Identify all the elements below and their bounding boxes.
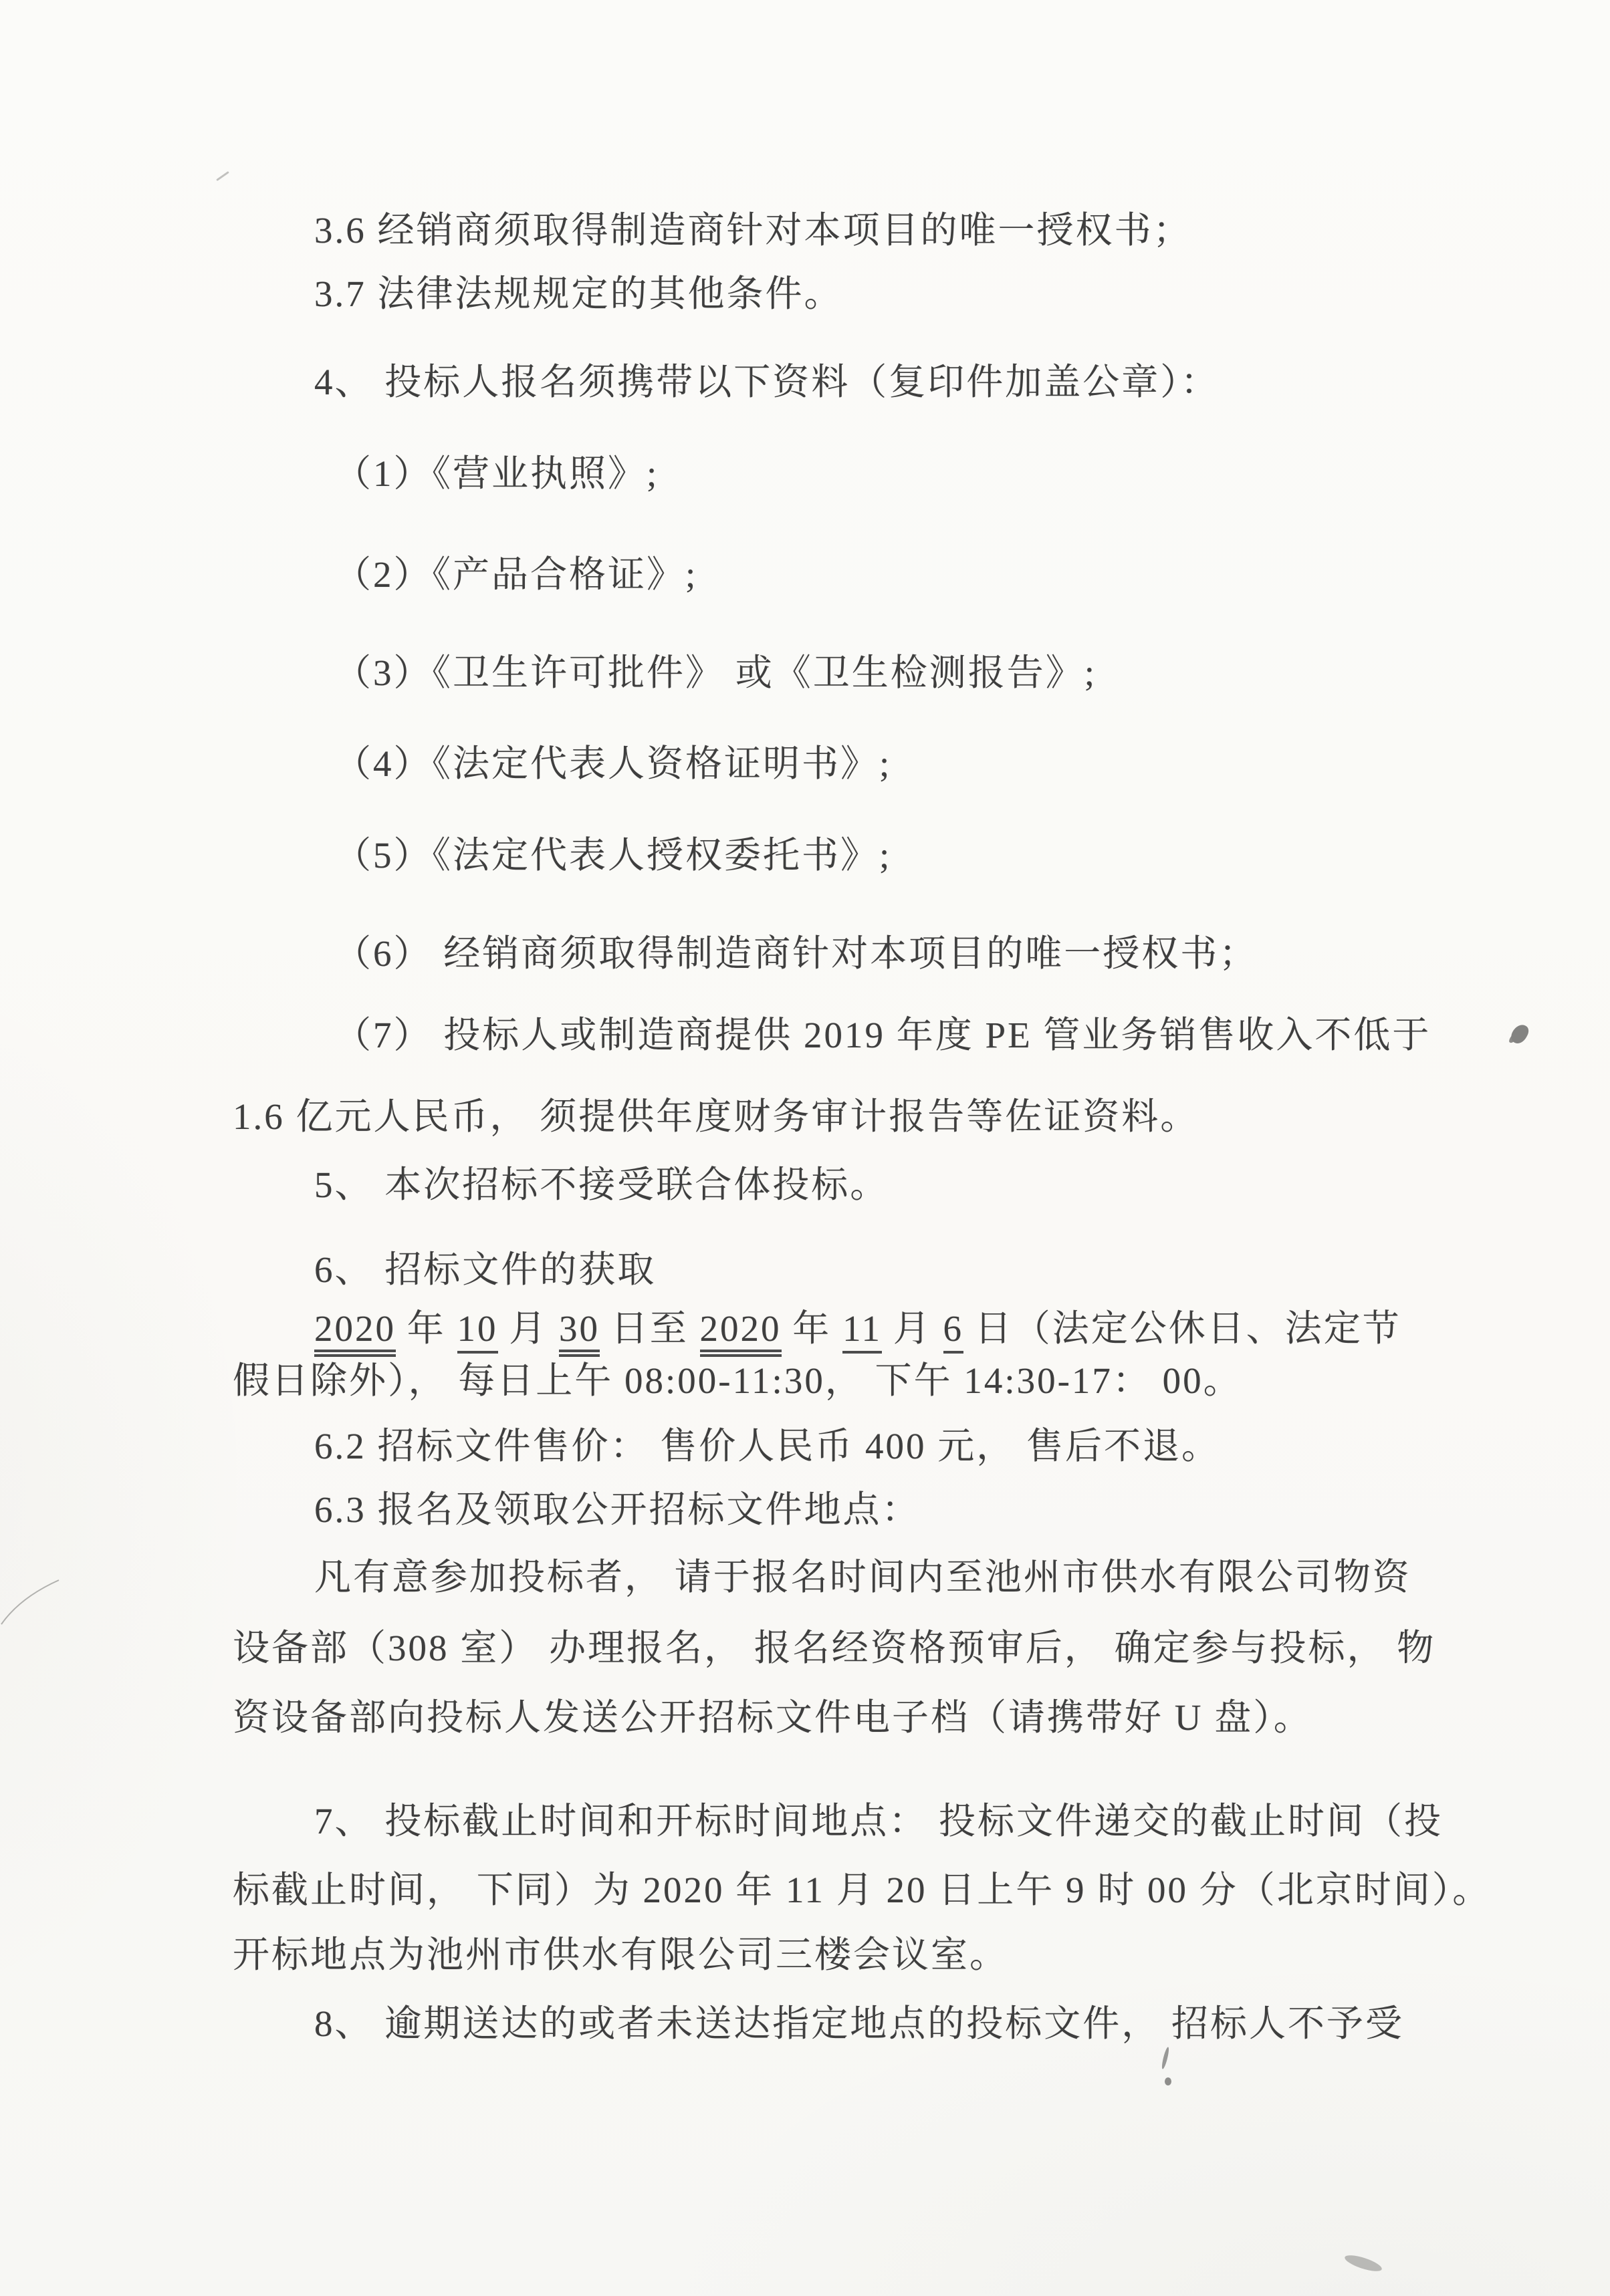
registration-paragraph-line-1: 凡有意参加投标者， 请于报名时间内至池州市供水有限公司物资 xyxy=(314,1552,1411,1603)
scan-ink-dot xyxy=(1165,2077,1171,2085)
clause-6-2: 6.2 招标文件售价： 售价人民币 400 元， 售后不退。 xyxy=(314,1421,1220,1472)
date-text: 月 xyxy=(498,1308,560,1349)
attachment-item-2: （2）《产品合格证》; xyxy=(334,549,697,600)
clause-3-6: 3.6 经销商须取得制造商针对本项目的唯一授权书； xyxy=(314,205,1192,256)
scan-slash-mark xyxy=(216,171,229,181)
attachment-item-1: （1）《营业执照》; xyxy=(334,449,659,499)
date-month-end: 11 xyxy=(842,1308,882,1354)
attachment-item-7-continuation: 1.6 亿元人民币， 须提供年度财务审计报告等佐证资料。 xyxy=(233,1092,1199,1142)
date-day-end: 6 xyxy=(943,1308,964,1354)
scan-ink-speck xyxy=(1508,1022,1531,1047)
attachment-item-3: （3）《卫生许可批件》 或《卫生检测报告》; xyxy=(334,648,1097,698)
registration-paragraph-line-3: 资设备部向投标人发送公开招标文件电子档（请携带好 U 盘）。 xyxy=(233,1692,1312,1743)
attachment-item-6: （6） 经销商须取得制造商针对本项目的唯一授权书； xyxy=(334,928,1258,979)
attachment-item-5: （5）《法定代表人授权委托书》; xyxy=(334,830,891,881)
scan-smudge xyxy=(1343,2252,1383,2274)
date-text: 日（法定公休日、法定节 xyxy=(963,1308,1401,1349)
clause-5: 5、 本次招标不接受联合体投标。 xyxy=(314,1160,889,1210)
clause-7-line-2: 标截止时间， 下同）为 2020 年 11 月 20 日上午 9 时 00 分（… xyxy=(233,1865,1491,1916)
clause-8-line-1: 8、 逾期送达的或者未送达指定地点的投标文件， 招标人不予受 xyxy=(314,1999,1404,2049)
attachment-item-4: （4）《法定代表人资格证明书》; xyxy=(334,739,891,789)
clause-6-1-date-line: 2020 年 10 月 30 日至 2020 年 11 月 6 日（法定公休日、… xyxy=(314,1303,1401,1354)
date-month-start: 10 xyxy=(457,1308,498,1354)
date-text: 年 xyxy=(782,1308,843,1349)
clause-4-heading: 4、 投标人报名须携带以下资料（复印件加盖公章）： xyxy=(314,357,1220,408)
clause-3-7: 3.7 法律法规规定的其他条件。 xyxy=(314,269,843,320)
attachment-item-7: （7） 投标人或制造商提供 2019 年度 PE 管业务销售收入不低于 xyxy=(334,1010,1431,1061)
scan-hairline-artifact xyxy=(0,1572,80,1632)
scan-ink-curl xyxy=(1161,2047,1170,2069)
clause-6-heading: 6、 招标文件的获取 xyxy=(314,1245,656,1295)
date-text: 日至 xyxy=(600,1308,700,1349)
clause-7-line-3: 开标地点为池州市供水有限公司三楼会议室。 xyxy=(233,1930,1008,1981)
clause-6-1-continuation: 假日除外）， 每日上午 08:00-11:30， 下午 14:30-17： 00… xyxy=(233,1356,1242,1406)
date-text: 年 xyxy=(396,1308,457,1349)
document-page: 3.6 经销商须取得制造商针对本项目的唯一授权书； 3.7 法律法规规定的其他条… xyxy=(0,0,1610,2296)
clause-6-3: 6.3 报名及领取公开招标文件地点： xyxy=(314,1485,921,1535)
date-text: 月 xyxy=(882,1308,943,1349)
registration-paragraph-line-2: 设备部（308 室） 办理报名， 报名经资格预审后， 确定参与投标， 物 xyxy=(233,1623,1435,1674)
date-day-start: 30 xyxy=(559,1308,600,1357)
date-year-start: 2020 xyxy=(314,1308,396,1357)
clause-7-line-1: 7、 投标截止时间和开标时间地点： 投标文件递交的截止时间（投 xyxy=(314,1796,1443,1847)
date-year-end: 2020 xyxy=(700,1308,782,1357)
